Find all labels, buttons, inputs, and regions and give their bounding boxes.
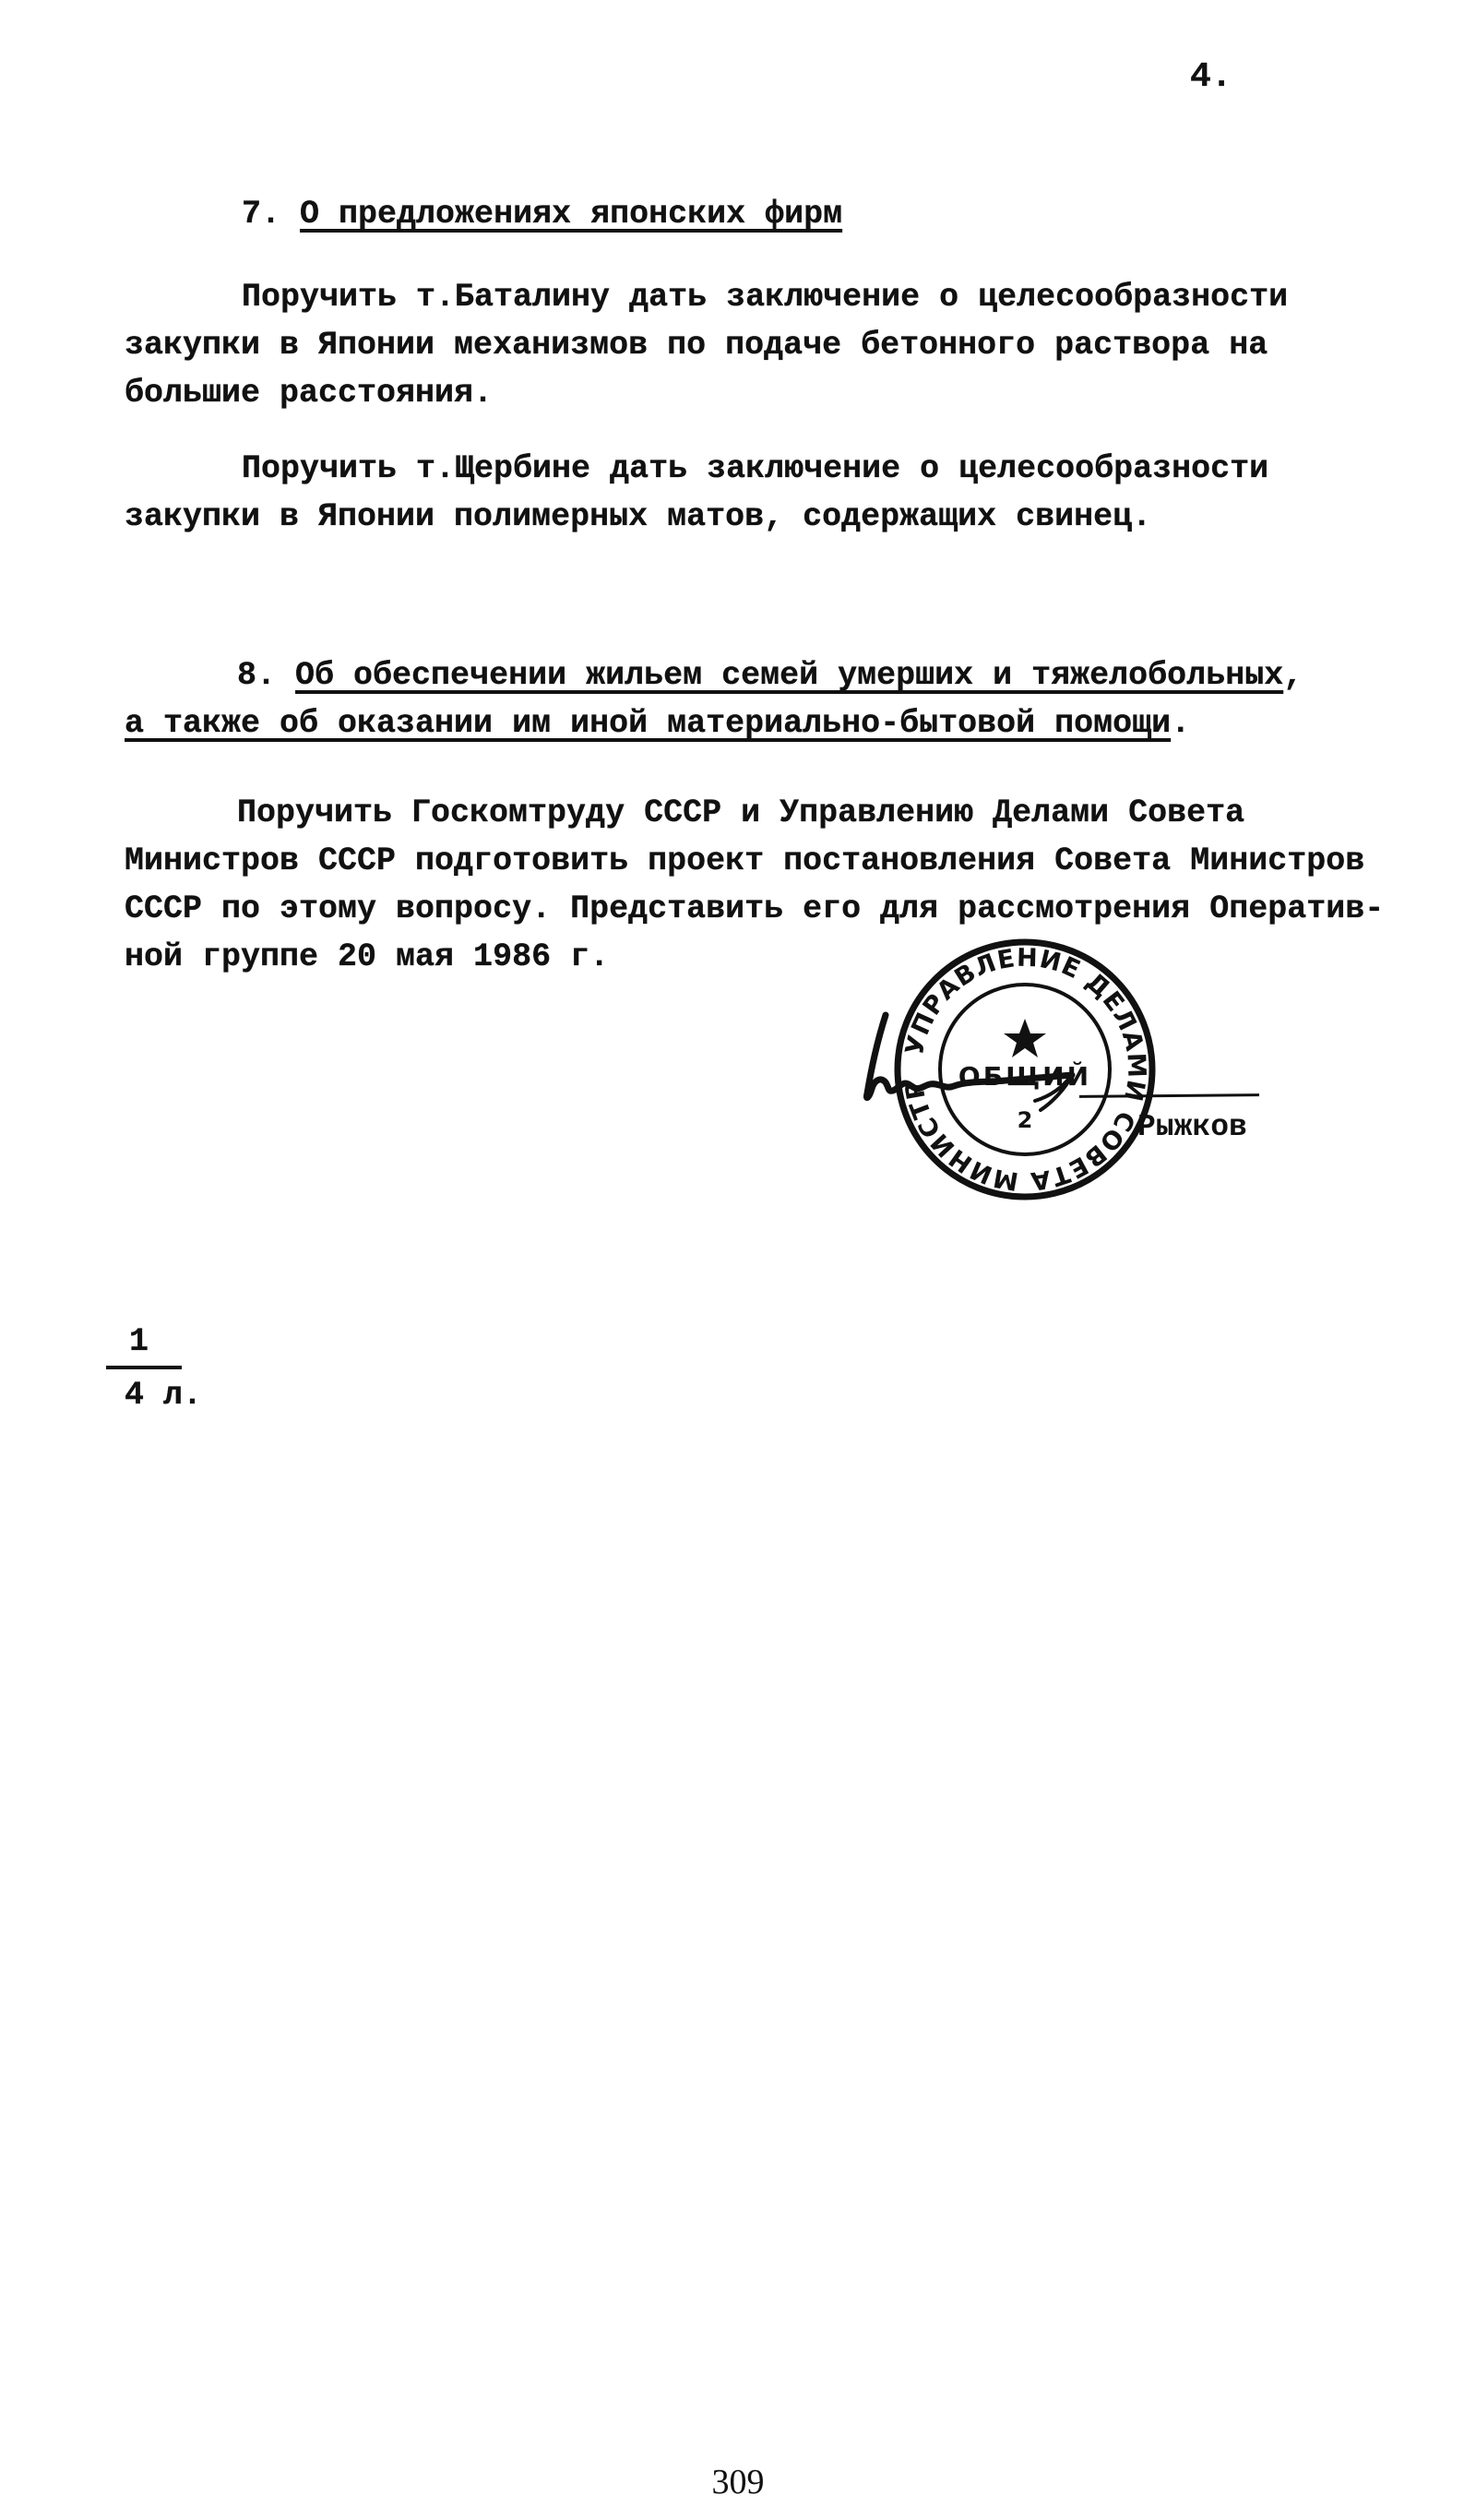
sheet-count: 4 л. [125,1371,202,1419]
document-page: 4. 7. О предложениях японских фирм Поруч… [0,0,1476,2520]
section-8-heading-line-2: а также об оказании им иной материально-… [125,699,1190,747]
paragraph-line: большие расстояния. [125,369,493,417]
paragraph-line: закупки в Японии полимерных матов, содер… [125,493,1151,541]
paragraph-line: Поручить т.Щербине дать заключение о цел… [242,445,1268,493]
section-7-heading: 7. О предложениях японских фирм [242,190,842,238]
paragraph-line: закупки в Японии механизмов по подаче бе… [125,321,1268,369]
signature-line [1079,1093,1259,1098]
section-title: а также об оказании им иной материально-… [125,705,1171,742]
copy-number: 1 [129,1318,149,1366]
section-8-heading-line-1: 8. Об обеспечении жильем семей умерших и… [237,651,1303,699]
section-title: Об обеспечении жильем семей умерших и тя… [295,657,1283,694]
paragraph-line: Поручить т.Баталину дать заключение о це… [242,273,1288,321]
section-number: 7. [242,196,280,233]
fraction-bar [106,1366,182,1369]
paragraph-line: СССР по этому вопросу. Представить его д… [125,885,1384,933]
section-title: О предложениях японских фирм [300,196,842,233]
title-punct: . [1171,705,1190,742]
paragraph-line: Поручить Госкомтруду СССР и Управлению Д… [237,789,1244,837]
section-number: 8. [237,657,276,694]
page-folio: 309 [0,2462,1476,2502]
paragraph-line: Министров СССР подготовить проект постан… [125,837,1364,885]
page-marker: 4. [1190,54,1232,102]
paragraph-line: ной группе 20 мая 1986 г. [125,933,609,981]
signatory-name: Рыжков [1137,1104,1247,1152]
title-punct: , [1283,657,1303,694]
